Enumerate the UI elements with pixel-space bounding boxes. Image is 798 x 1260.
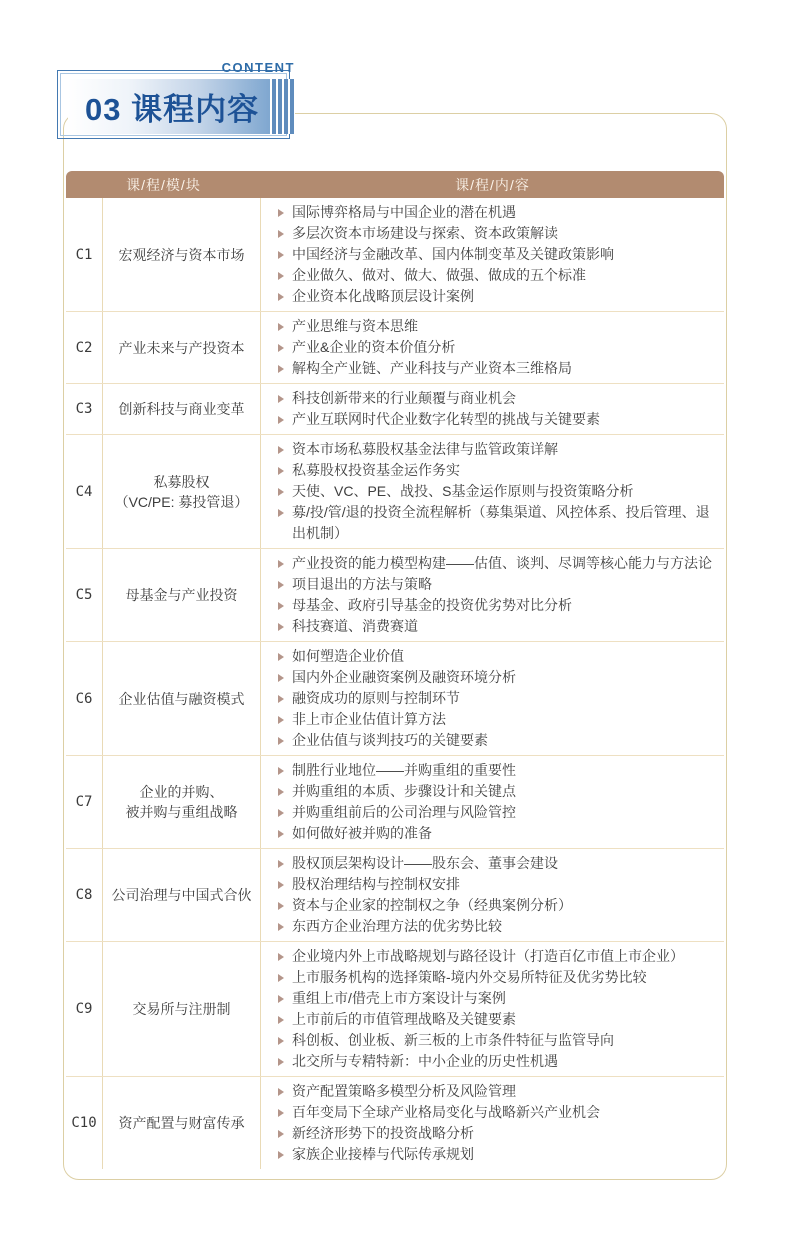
triangle-bullet-icon [278,251,284,259]
module-name: 宏观经济与资本市场 [103,198,261,311]
triangle-bullet-icon [278,560,284,568]
course-table-header: 课/程/模/块 课/程/内/容 [66,171,724,198]
module-name: 母基金与产业投资 [103,549,261,641]
module-content-list: 科技创新带来的行业颠覆与商业机会 产业互联网时代企业数字化转型的挑战与关键要素 [261,384,724,434]
module-code: C1 [66,198,103,311]
module-name: 产业未来与产投资本 [103,312,261,383]
table-row: C4 私募股权 （VC/PE: 募投管退） 资本市场私募股权基金法律与监管政策详… [66,434,724,548]
triangle-bullet-icon [278,974,284,982]
list-item: 国内外企业融资案例及融资环境分析 [278,667,714,688]
list-item: 科创板、创业板、新三板的上市条件特征与监管导向 [278,1030,714,1051]
list-item-text: 家族企业接棒与代际传承规划 [292,1144,714,1165]
module-name: 私募股权 （VC/PE: 募投管退） [103,435,261,548]
list-item-text: 母基金、政府引导基金的投资优劣势对比分析 [292,595,714,616]
triangle-bullet-icon [278,581,284,589]
list-item: 东西方企业治理方法的优劣势比较 [278,916,714,937]
list-item: 解构全产业链、产业科技与产业资本三维格局 [278,358,714,379]
triangle-bullet-icon [278,809,284,817]
list-item-text: 多层次资本市场建设与探索、资本政策解读 [292,223,714,244]
list-item-text: 股权顶层架构设计——股东会、董事会建设 [292,853,714,874]
list-item-text: 如何做好被并购的准备 [292,823,714,844]
list-item-text: 企业做久、做对、做大、做强、做成的五个标准 [292,265,714,286]
triangle-bullet-icon [278,953,284,961]
table-row: C9 交易所与注册制 企业境内外上市战略规划与路径设计（打造百亿市值上市企业） … [66,941,724,1076]
triangle-bullet-icon [278,509,284,517]
module-content-list: 产业投资的能力模型构建——估值、谈判、尽调等核心能力与方法论 项目退出的方法与策… [261,549,724,641]
module-name: 资产配置与财富传承 [103,1077,261,1169]
list-item-text: 中国经济与金融改革、国内体制变革及关键政策影响 [292,244,714,265]
triangle-bullet-icon [278,209,284,217]
list-item: 产业&企业的资本价值分析 [278,337,714,358]
list-item-text: 并购重组前后的公司治理与风险管控 [292,802,714,823]
list-item: 中国经济与金融改革、国内体制变革及关键政策影响 [278,244,714,265]
list-item: 母基金、政府引导基金的投资优劣势对比分析 [278,595,714,616]
table-row: C2 产业未来与产投资本 产业思维与资本思维 产业&企业的资本价值分析 解构全产… [66,311,724,383]
list-item-text: 产业投资的能力模型构建——估值、谈判、尽调等核心能力与方法论 [292,553,714,574]
list-item-text: 项目退出的方法与策略 [292,574,714,595]
list-item-text: 资本市场私募股权基金法律与监管政策详解 [292,439,714,460]
module-content-list: 如何塑造企业价值 国内外企业融资案例及融资环境分析 融资成功的原则与控制环节 非… [261,642,724,755]
list-item: 资本与企业家的控制权之争（经典案例分析） [278,895,714,916]
list-item-text: 上市服务机构的选择策略-境内外交易所特征及优劣势比较 [292,967,714,988]
list-item: 上市服务机构的选择策略-境内外交易所特征及优劣势比较 [278,967,714,988]
module-code: C7 [66,756,103,848]
module-code: C3 [66,384,103,434]
triangle-bullet-icon [278,737,284,745]
triangle-bullet-icon [278,881,284,889]
module-code: C9 [66,942,103,1076]
page: { "header": { "eyebrow": "CONTENT", "sec… [0,0,798,1260]
list-item: 多层次资本市场建设与探索、资本政策解读 [278,223,714,244]
list-item: 股权治理结构与控制权安排 [278,874,714,895]
module-content-list: 股权顶层架构设计——股东会、董事会建设 股权治理结构与控制权安排 资本与企业家的… [261,849,724,941]
section-title: 03 课程内容 [85,84,259,129]
triangle-bullet-icon [278,767,284,775]
triangle-bullet-icon [278,293,284,301]
table-row: C10 资产配置与财富传承 资产配置策略多模型分析及风险管理 百年变局下全球产业… [66,1076,724,1169]
triangle-bullet-icon [278,602,284,610]
module-code: C8 [66,849,103,941]
list-item: 产业思维与资本思维 [278,316,714,337]
list-item-text: 产业互联网时代企业数字化转型的挑战与关键要素 [292,409,714,430]
triangle-bullet-icon [278,1151,284,1159]
table-row: C3 创新科技与商业变革 科技创新带来的行业颠覆与商业机会 产业互联网时代企业数… [66,383,724,434]
list-item: 企业资本化战略顶层设计案例 [278,286,714,307]
list-item-text: 北交所与专精特新：中小企业的历史性机遇 [292,1051,714,1072]
triangle-bullet-icon [278,1130,284,1138]
module-content-list: 制胜行业地位——并购重组的重要性 并购重组的本质、步骤设计和关键点 并购重组前后… [261,756,724,848]
triangle-bullet-icon [278,860,284,868]
module-content-list: 产业思维与资本思维 产业&企业的资本价值分析 解构全产业链、产业科技与产业资本三… [261,312,724,383]
triangle-bullet-icon [278,230,284,238]
list-item-text: 制胜行业地位——并购重组的重要性 [292,760,714,781]
list-item-text: 企业境内外上市战略规划与路径设计（打造百亿市值上市企业） [292,946,714,967]
triangle-bullet-icon [278,1016,284,1024]
module-content-list: 资本市场私募股权基金法律与监管政策详解 私募股权投资基金运作务实 天使、VC、P… [261,435,724,548]
list-item: 国际博弈格局与中国企业的潜在机遇 [278,202,714,223]
list-item: 如何做好被并购的准备 [278,823,714,844]
module-code: C10 [66,1077,103,1169]
triangle-bullet-icon [278,416,284,424]
list-item: 制胜行业地位——并购重组的重要性 [278,760,714,781]
triangle-bullet-icon [278,1037,284,1045]
section-title-box: 03 课程内容 [68,79,295,134]
triangle-bullet-icon [278,923,284,931]
list-item-text: 上市前后的市值管理战略及关键要素 [292,1009,714,1030]
list-item-text: 新经济形势下的投资战略分析 [292,1123,714,1144]
list-item-text: 如何塑造企业价值 [292,646,714,667]
list-item-text: 募/投/管/退的投资全流程解析（募集渠道、风控体系、投后管理、退出机制） [292,502,714,544]
col-header-content: 课/程/内/容 [261,171,724,198]
module-name: 企业的并购、 被并购与重组战略 [103,756,261,848]
module-name: 企业估值与融资模式 [103,642,261,755]
table-row: C6 企业估值与融资模式 如何塑造企业价值 国内外企业融资案例及融资环境分析 融… [66,641,724,755]
list-item: 产业互联网时代企业数字化转型的挑战与关键要素 [278,409,714,430]
triangle-bullet-icon [278,674,284,682]
triangle-bullet-icon [278,995,284,1003]
list-item: 并购重组的本质、步骤设计和关键点 [278,781,714,802]
list-item-text: 百年变局下全球产业格局变化与战略新兴产业机会 [292,1102,714,1123]
list-item: 上市前后的市值管理战略及关键要素 [278,1009,714,1030]
list-item-text: 企业资本化战略顶层设计案例 [292,286,714,307]
list-item-text: 科创板、创业板、新三板的上市条件特征与监管导向 [292,1030,714,1051]
triangle-bullet-icon [278,344,284,352]
content-eyebrow: CONTENT [57,60,295,75]
list-item-text: 东西方企业治理方法的优劣势比较 [292,916,714,937]
course-table-body: C1 宏观经济与资本市场 国际博弈格局与中国企业的潜在机遇 多层次资本市场建设与… [66,198,724,1169]
triangle-bullet-icon [278,488,284,496]
list-item-text: 国内外企业融资案例及融资环境分析 [292,667,714,688]
list-item-text: 解构全产业链、产业科技与产业资本三维格局 [292,358,714,379]
list-item-text: 股权治理结构与控制权安排 [292,874,714,895]
table-row: C1 宏观经济与资本市场 国际博弈格局与中国企业的潜在机遇 多层次资本市场建设与… [66,198,724,311]
list-item-text: 企业估值与谈判技巧的关键要素 [292,730,714,751]
triangle-bullet-icon [278,1058,284,1066]
triangle-bullet-icon [278,467,284,475]
list-item-text: 重组上市/借壳上市方案设计与案例 [292,988,714,1009]
course-table-frame: 课/程/模/块 课/程/内/容 C1 宏观经济与资本市场 国际博弈格局与中国企业… [63,113,727,1180]
list-item: 如何塑造企业价值 [278,646,714,667]
list-item-text: 资产配置策略多模型分析及风险管理 [292,1081,714,1102]
col-header-module: 课/程/模/块 [66,171,261,198]
list-item: 企业估值与谈判技巧的关键要素 [278,730,714,751]
triangle-bullet-icon [278,695,284,703]
module-content-list: 企业境内外上市战略规划与路径设计（打造百亿市值上市企业） 上市服务机构的选择策略… [261,942,724,1076]
triangle-bullet-icon [278,653,284,661]
triangle-bullet-icon [278,395,284,403]
list-item-text: 资本与企业家的控制权之争（经典案例分析） [292,895,714,916]
list-item: 家族企业接棒与代际传承规划 [278,1144,714,1165]
triangle-bullet-icon [278,272,284,280]
list-item-text: 科技创新带来的行业颠覆与商业机会 [292,388,714,409]
list-item: 股权顶层架构设计——股东会、董事会建设 [278,853,714,874]
section-number: 03 [85,92,121,127]
module-name: 创新科技与商业变革 [103,384,261,434]
triangle-bullet-icon [278,716,284,724]
table-row: C8 公司治理与中国式合伙 股权顶层架构设计——股东会、董事会建设 股权治理结构… [66,848,724,941]
section-title-text: 课程内容 [131,92,259,127]
list-item: 百年变局下全球产业格局变化与战略新兴产业机会 [278,1102,714,1123]
list-item: 新经济形势下的投资战略分析 [278,1123,714,1144]
module-code: C2 [66,312,103,383]
triangle-bullet-icon [278,323,284,331]
list-item: 项目退出的方法与策略 [278,574,714,595]
triangle-bullet-icon [278,902,284,910]
list-item: 非上市企业估值计算方法 [278,709,714,730]
list-item: 科技赛道、消费赛道 [278,616,714,637]
module-content-list: 国际博弈格局与中国企业的潜在机遇 多层次资本市场建设与探索、资本政策解读 中国经… [261,198,724,311]
list-item: 重组上市/借壳上市方案设计与案例 [278,988,714,1009]
module-content-list: 资产配置策略多模型分析及风险管理 百年变局下全球产业格局变化与战略新兴产业机会 … [261,1077,724,1169]
list-item: 企业境内外上市战略规划与路径设计（打造百亿市值上市企业） [278,946,714,967]
list-item: 融资成功的原则与控制环节 [278,688,714,709]
list-item: 产业投资的能力模型构建——估值、谈判、尽调等核心能力与方法论 [278,553,714,574]
list-item: 天使、VC、PE、战投、S基金运作原则与投资策略分析 [278,481,714,502]
triangle-bullet-icon [278,788,284,796]
list-item-text: 并购重组的本质、步骤设计和关键点 [292,781,714,802]
module-name: 交易所与注册制 [103,942,261,1076]
list-item: 北交所与专精特新：中小企业的历史性机遇 [278,1051,714,1072]
list-item-text: 产业思维与资本思维 [292,316,714,337]
list-item: 资产配置策略多模型分析及风险管理 [278,1081,714,1102]
list-item: 并购重组前后的公司治理与风险管控 [278,802,714,823]
triangle-bullet-icon [278,446,284,454]
module-code: C6 [66,642,103,755]
list-item-text: 天使、VC、PE、战投、S基金运作原则与投资策略分析 [292,481,714,502]
list-item-text: 非上市企业估值计算方法 [292,709,714,730]
triangle-bullet-icon [278,623,284,631]
list-item: 企业做久、做对、做大、做强、做成的五个标准 [278,265,714,286]
triangle-bullet-icon [278,1088,284,1096]
list-item: 募/投/管/退的投资全流程解析（募集渠道、风控体系、投后管理、退出机制） [278,502,714,544]
table-row: C7 企业的并购、 被并购与重组战略 制胜行业地位——并购重组的重要性 并购重组… [66,755,724,848]
list-item-text: 产业&企业的资本价值分析 [292,337,714,358]
module-code: C4 [66,435,103,548]
module-name: 公司治理与中国式合伙 [103,849,261,941]
list-item-text: 融资成功的原则与控制环节 [292,688,714,709]
triangle-bullet-icon [278,1109,284,1117]
list-item-text: 国际博弈格局与中国企业的潜在机遇 [292,202,714,223]
triangle-bullet-icon [278,365,284,373]
list-item: 科技创新带来的行业颠覆与商业机会 [278,388,714,409]
list-item-text: 私募股权投资基金运作务实 [292,460,714,481]
module-code: C5 [66,549,103,641]
list-item: 私募股权投资基金运作务实 [278,460,714,481]
table-row: C5 母基金与产业投资 产业投资的能力模型构建——估值、谈判、尽调等核心能力与方… [66,548,724,641]
list-item: 资本市场私募股权基金法律与监管政策详解 [278,439,714,460]
list-item-text: 科技赛道、消费赛道 [292,616,714,637]
triangle-bullet-icon [278,830,284,838]
